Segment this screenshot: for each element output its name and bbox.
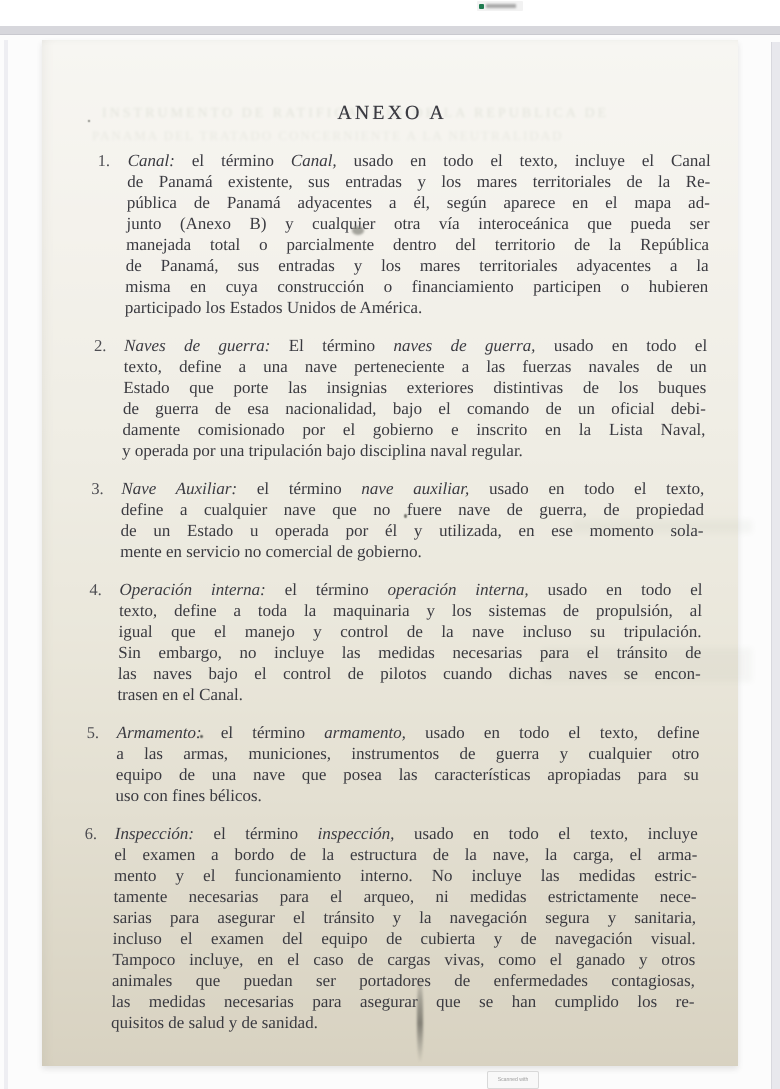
body-text: las naves bajo el control de pilotos cua… bbox=[118, 664, 701, 683]
body-text: texto, define a una nave perteneciente a… bbox=[124, 357, 707, 376]
body-text: El término bbox=[270, 336, 393, 355]
text-line: damente comisionado por el gobierno e in… bbox=[122, 419, 705, 440]
ink-speck bbox=[88, 120, 90, 122]
term-italic: inspección, bbox=[317, 824, 394, 843]
text-line: Inspección: el término inspección, usado… bbox=[115, 823, 698, 844]
text-line: de Panamá, sus entradas y los mares terr… bbox=[125, 255, 708, 276]
text-line: de guerra de esa nacionalidad, bajo el c… bbox=[123, 398, 706, 419]
text-line: manejada total o parcialmente dentro del… bbox=[126, 234, 709, 255]
ink-smudge bbox=[417, 975, 423, 1063]
body-text: el término bbox=[266, 580, 388, 599]
body-text: misma en cuya construcción o financiamie… bbox=[125, 277, 708, 296]
body-text: incluso el examen del equipo de cubierta… bbox=[113, 929, 696, 948]
body-text: participado los Estados Unidos de Améric… bbox=[125, 298, 423, 317]
body-text: igual que el manejo y control de la nave… bbox=[118, 622, 701, 641]
body-text: tamente necesarias para el arqueo, ni me… bbox=[113, 887, 696, 906]
document-scan-page: INSTRUMENTO DE RATIFICACION DE LA REPUBL… bbox=[42, 40, 738, 1066]
body-text: uso con fines bélicos. bbox=[115, 786, 262, 805]
term-italic: operación interna, bbox=[387, 580, 529, 599]
body-text: junto (Anexo B) y cualquier otra vía int… bbox=[126, 214, 709, 233]
body-text: el término bbox=[175, 151, 291, 170]
scanner-watermark-icon bbox=[477, 1, 523, 11]
text-line: Estado que porte las insignias exteriore… bbox=[123, 377, 706, 398]
watermark-green-dot-icon bbox=[479, 4, 484, 9]
text-line: trasen en el Canal. bbox=[117, 684, 700, 705]
watermark-illegible-text bbox=[486, 4, 516, 9]
text-line: tamente necesarias para el arqueo, ni me… bbox=[113, 886, 696, 907]
text-line: Operación interna: el término operación … bbox=[119, 579, 702, 600]
body-text: y operada por una tripulación bajo disci… bbox=[122, 441, 523, 460]
definition-item: 2.Naves de guerra: El término naves de g… bbox=[92, 335, 707, 461]
term-italic: naves de guerra, bbox=[393, 336, 535, 355]
item-number: 5. bbox=[85, 722, 117, 806]
item-text: Naves de guerra: El término naves de gue… bbox=[122, 335, 707, 461]
text-line: Sin embargo, no incluye las medidas nece… bbox=[118, 642, 701, 663]
body-text: animales que puedan ser portadores de en… bbox=[112, 971, 695, 990]
text-line: el examen a bordo de la estructura de la… bbox=[114, 844, 697, 865]
scanned-with-stamp: Scanned with bbox=[487, 1071, 539, 1089]
definitions-list: 1.Canal: el término Canal, usado en todo… bbox=[81, 150, 711, 1033]
text-line: misma en cuya construcción o financiamie… bbox=[125, 276, 708, 297]
ink-blot bbox=[352, 226, 364, 235]
body-text: mento y el funcionamiento interno. No in… bbox=[114, 866, 697, 885]
text-line: y operada por una tripulación bajo disci… bbox=[122, 440, 705, 461]
item-number: 3. bbox=[90, 478, 122, 562]
text-line: texto, define a toda la maquinaria y los… bbox=[119, 600, 702, 621]
definition-item: 3.Nave Auxiliar: el término nave auxilia… bbox=[90, 478, 705, 562]
body-text: usado en todo el bbox=[529, 580, 703, 599]
text-line: mento y el funcionamiento interno. No in… bbox=[114, 865, 697, 886]
text-line: las naves bajo el control de pilotos cua… bbox=[118, 663, 701, 684]
text-line: Armamento: el término armamento, usado e… bbox=[117, 722, 700, 743]
text-line: Naves de guerra: El término naves de gue… bbox=[124, 335, 707, 356]
body-text: pública de Panamá adyacentes a él, según… bbox=[127, 193, 710, 212]
text-line: las medidas necesarias para asegurar que… bbox=[111, 991, 694, 1012]
body-text: trasen en el Canal. bbox=[117, 685, 243, 704]
item-number: 6. bbox=[81, 823, 115, 1033]
body-text: el término bbox=[202, 723, 325, 742]
text-line: mente en servicio no comercial de gobier… bbox=[120, 541, 703, 562]
body-text: de un Estado u operada por él y utilizad… bbox=[120, 521, 703, 540]
item-text: Operación interna: el término operación … bbox=[117, 579, 702, 705]
body-text: sarias para asegurar el tránsito y la na… bbox=[113, 908, 696, 927]
document-content: ANEXO A 1.Canal: el término Canal, usado… bbox=[23, 40, 738, 1050]
text-line: de un Estado u operada por él y utilizad… bbox=[120, 520, 703, 541]
definition-item: 1.Canal: el término Canal, usado en todo… bbox=[95, 150, 711, 318]
item-number: 4. bbox=[87, 579, 119, 705]
ink-speck bbox=[200, 735, 203, 738]
body-text: Estado que porte las insignias exteriore… bbox=[123, 378, 706, 397]
body-text: texto, define a toda la maquinaria y los… bbox=[119, 601, 702, 620]
body-text: a las armas, municiones, instrumentos de… bbox=[116, 744, 699, 763]
text-line: Tampoco incluye, en el caso de cargas vi… bbox=[112, 949, 695, 970]
body-text: define a cualquier nave que no fuere nav… bbox=[121, 500, 704, 519]
body-text: equipo de una nave que posea las caracte… bbox=[116, 765, 699, 784]
body-text: usado en todo el texto, incluye bbox=[394, 824, 698, 843]
toolbar-divider-bar bbox=[0, 26, 780, 35]
term-italic: Canal, bbox=[291, 151, 337, 170]
definition-item: 4.Operación interna: el término operació… bbox=[87, 579, 702, 705]
text-line: sarias para asegurar el tránsito y la na… bbox=[113, 907, 696, 928]
right-scrollbar-strip bbox=[771, 42, 780, 1089]
term-italic: Canal: bbox=[128, 151, 176, 170]
scanner-app-view: { "scanner_ui": { "stamp_text": "Scanned… bbox=[0, 0, 780, 1089]
page-title: ANEXO A bbox=[100, 102, 683, 124]
text-line: equipo de una nave que posea las caracte… bbox=[116, 764, 699, 785]
text-line: animales que puedan ser portadores de en… bbox=[112, 970, 695, 991]
body-text: de Panamá existente, sus entradas y los … bbox=[127, 172, 710, 191]
body-text: usado en todo el texto, incluye el Canal bbox=[337, 151, 711, 170]
body-text: Sin embargo, no incluye las medidas nece… bbox=[118, 643, 701, 662]
body-text: usado en todo el bbox=[535, 336, 707, 355]
text-line: igual que el manejo y control de la nave… bbox=[118, 621, 701, 642]
text-line: participado los Estados Unidos de Améric… bbox=[125, 297, 708, 318]
term-italic: Operación interna: bbox=[119, 580, 266, 599]
item-number: 2. bbox=[92, 335, 124, 461]
term-italic: Inspección: bbox=[115, 824, 195, 843]
term-italic: Armamento: bbox=[117, 723, 202, 742]
body-text: Tampoco incluye, en el caso de cargas vi… bbox=[112, 950, 695, 969]
body-text: mente en servicio no comercial de gobier… bbox=[120, 542, 422, 561]
body-text: usado en todo el texto, bbox=[469, 479, 704, 498]
item-text: Canal: el término Canal, usado en todo e… bbox=[125, 150, 711, 318]
text-line: define a cualquier nave que no fuere nav… bbox=[121, 499, 704, 520]
item-text: Inspección: el término inspección, usado… bbox=[111, 823, 698, 1033]
text-line: pública de Panamá adyacentes a él, según… bbox=[127, 192, 710, 213]
app-top-strip bbox=[0, 0, 780, 26]
body-text: de guerra de esa nacionalidad, bajo el c… bbox=[123, 399, 706, 418]
body-text: el examen a bordo de la estructura de la… bbox=[114, 845, 697, 864]
text-line: de Panamá existente, sus entradas y los … bbox=[127, 171, 710, 192]
text-line: texto, define a una nave perteneciente a… bbox=[124, 356, 707, 377]
text-line: Canal: el término Canal, usado en todo e… bbox=[127, 150, 710, 171]
body-text: de Panamá, sus entradas y los mares terr… bbox=[125, 256, 708, 275]
text-line: Nave Auxiliar: el término nave auxiliar,… bbox=[121, 478, 704, 499]
text-line: incluso el examen del equipo de cubierta… bbox=[113, 928, 696, 949]
text-line: quisitos de salud y de sanidad. bbox=[111, 1012, 694, 1033]
text-line: uso con fines bélicos. bbox=[115, 785, 698, 806]
scanned-with-label: Scanned with bbox=[498, 1077, 529, 1082]
text-line: junto (Anexo B) y cualquier otra vía int… bbox=[126, 213, 709, 234]
term-italic: armamento, bbox=[324, 723, 406, 742]
body-text: manejada total o parcialmente dentro del… bbox=[126, 235, 709, 254]
ink-speck bbox=[404, 514, 407, 518]
item-number: 1. bbox=[95, 150, 128, 318]
body-text: quisitos de salud y de sanidad. bbox=[111, 1013, 318, 1032]
body-text: el término bbox=[194, 824, 318, 843]
text-line: a las armas, municiones, instrumentos de… bbox=[116, 743, 699, 764]
item-text: Nave Auxiliar: el término nave auxiliar,… bbox=[120, 478, 705, 562]
left-edge-strip bbox=[4, 40, 8, 1089]
term-italic: Nave Auxiliar: bbox=[121, 479, 237, 498]
body-text: el término bbox=[237, 479, 362, 498]
body-text: usado en todo el texto, define bbox=[406, 723, 700, 742]
body-text: las medidas necesarias para asegurar que… bbox=[111, 992, 694, 1011]
definition-item: 5.Armamento: el término armamento, usado… bbox=[85, 722, 700, 806]
body-text: damente comisionado por el gobierno e in… bbox=[122, 420, 705, 439]
item-text: Armamento: el término armamento, usado e… bbox=[115, 722, 700, 806]
term-italic: nave auxiliar, bbox=[361, 479, 469, 498]
definition-item: 6.Inspección: el término inspección, usa… bbox=[81, 823, 698, 1033]
term-italic: Naves de guerra: bbox=[124, 336, 271, 355]
